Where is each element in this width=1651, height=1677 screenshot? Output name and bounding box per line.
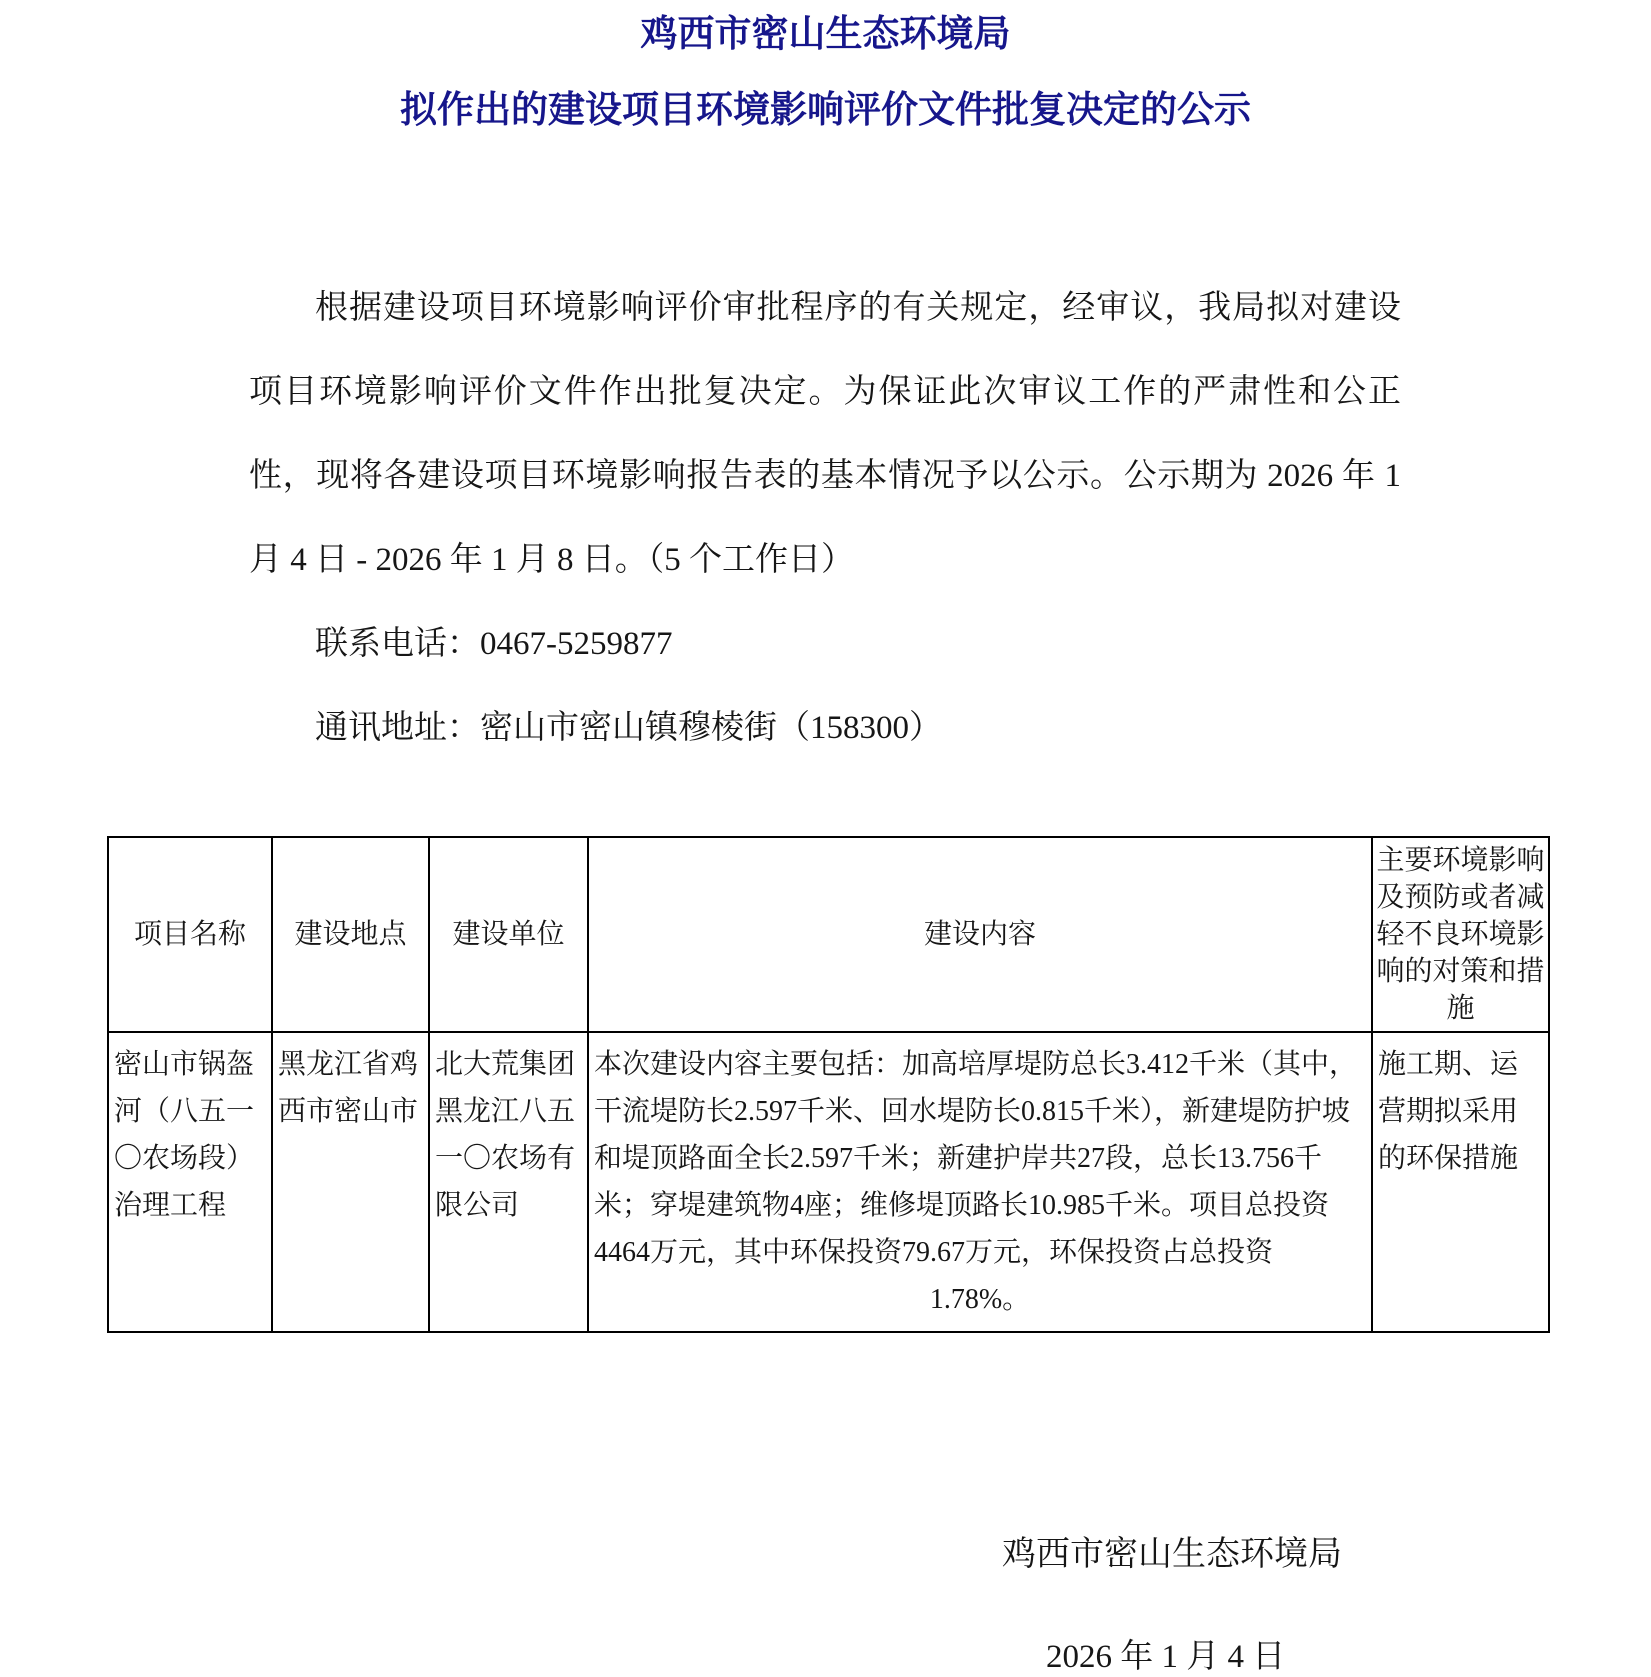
column-header-environmental-measures: 主要环境影响及预防或者减轻不良环境影响的对策和措施 (1372, 837, 1549, 1032)
column-header-construction-unit: 建设单位 (429, 837, 588, 1032)
projects-table: 项目名称 建设地点 建设单位 建设内容 主要环境影响及预防或者减轻不良环境影响的… (107, 836, 1550, 1333)
contact-address-line: 通讯地址：密山市密山镇穆棱街（158300） (249, 686, 1401, 770)
document-title: 鸡西市密山生态环境局 (0, 0, 1651, 56)
cell-project-name: 密山市锅盔河（八五一〇农场段）治理工程 (108, 1032, 272, 1332)
cell-location: 黑龙江省鸡西市密山市 (272, 1032, 429, 1332)
signature-organization: 鸡西市密山生态环境局 (1002, 1535, 1651, 1575)
intro-paragraph: 根据建设项目环境影响评价审批程序的有关规定，经审议，我局拟对建设项目环境影响评价… (249, 266, 1401, 602)
column-header-construction-content: 建设内容 (588, 837, 1372, 1032)
column-header-location: 建设地点 (272, 837, 429, 1032)
cell-environmental-measures: 施工期、运营期拟采用的环保措施 (1372, 1032, 1549, 1332)
signature-date: 2026 年 1 月 4 日 (1046, 1637, 1651, 1677)
notice-document: 鸡西市密山生态环境局 拟作出的建设项目环境影响评价文件批复决定的公示 根据建设项… (0, 0, 1651, 1677)
column-header-project-name: 项目名称 (108, 837, 272, 1032)
cell-construction-unit: 北大荒集团黑龙江八五一〇农场有限公司 (429, 1032, 588, 1332)
table-header-row: 项目名称 建设地点 建设单位 建设内容 主要环境影响及预防或者减轻不良环境影响的… (108, 837, 1549, 1032)
contact-phone-line: 联系电话：0467-5259877 (249, 602, 1401, 686)
document-subtitle: 拟作出的建设项目环境影响评价文件批复决定的公示 (0, 90, 1651, 132)
body-text-block: 根据建设项目环境影响评价审批程序的有关规定，经审议，我局拟对建设项目环境影响评价… (249, 266, 1401, 770)
cell-construction-content: 本次建设内容主要包括：加高培厚堤防总长3.412千米（其中，干流堤防长2.597… (588, 1032, 1372, 1332)
table-row: 密山市锅盔河（八五一〇农场段）治理工程 黑龙江省鸡西市密山市 北大荒集团黑龙江八… (108, 1032, 1549, 1332)
